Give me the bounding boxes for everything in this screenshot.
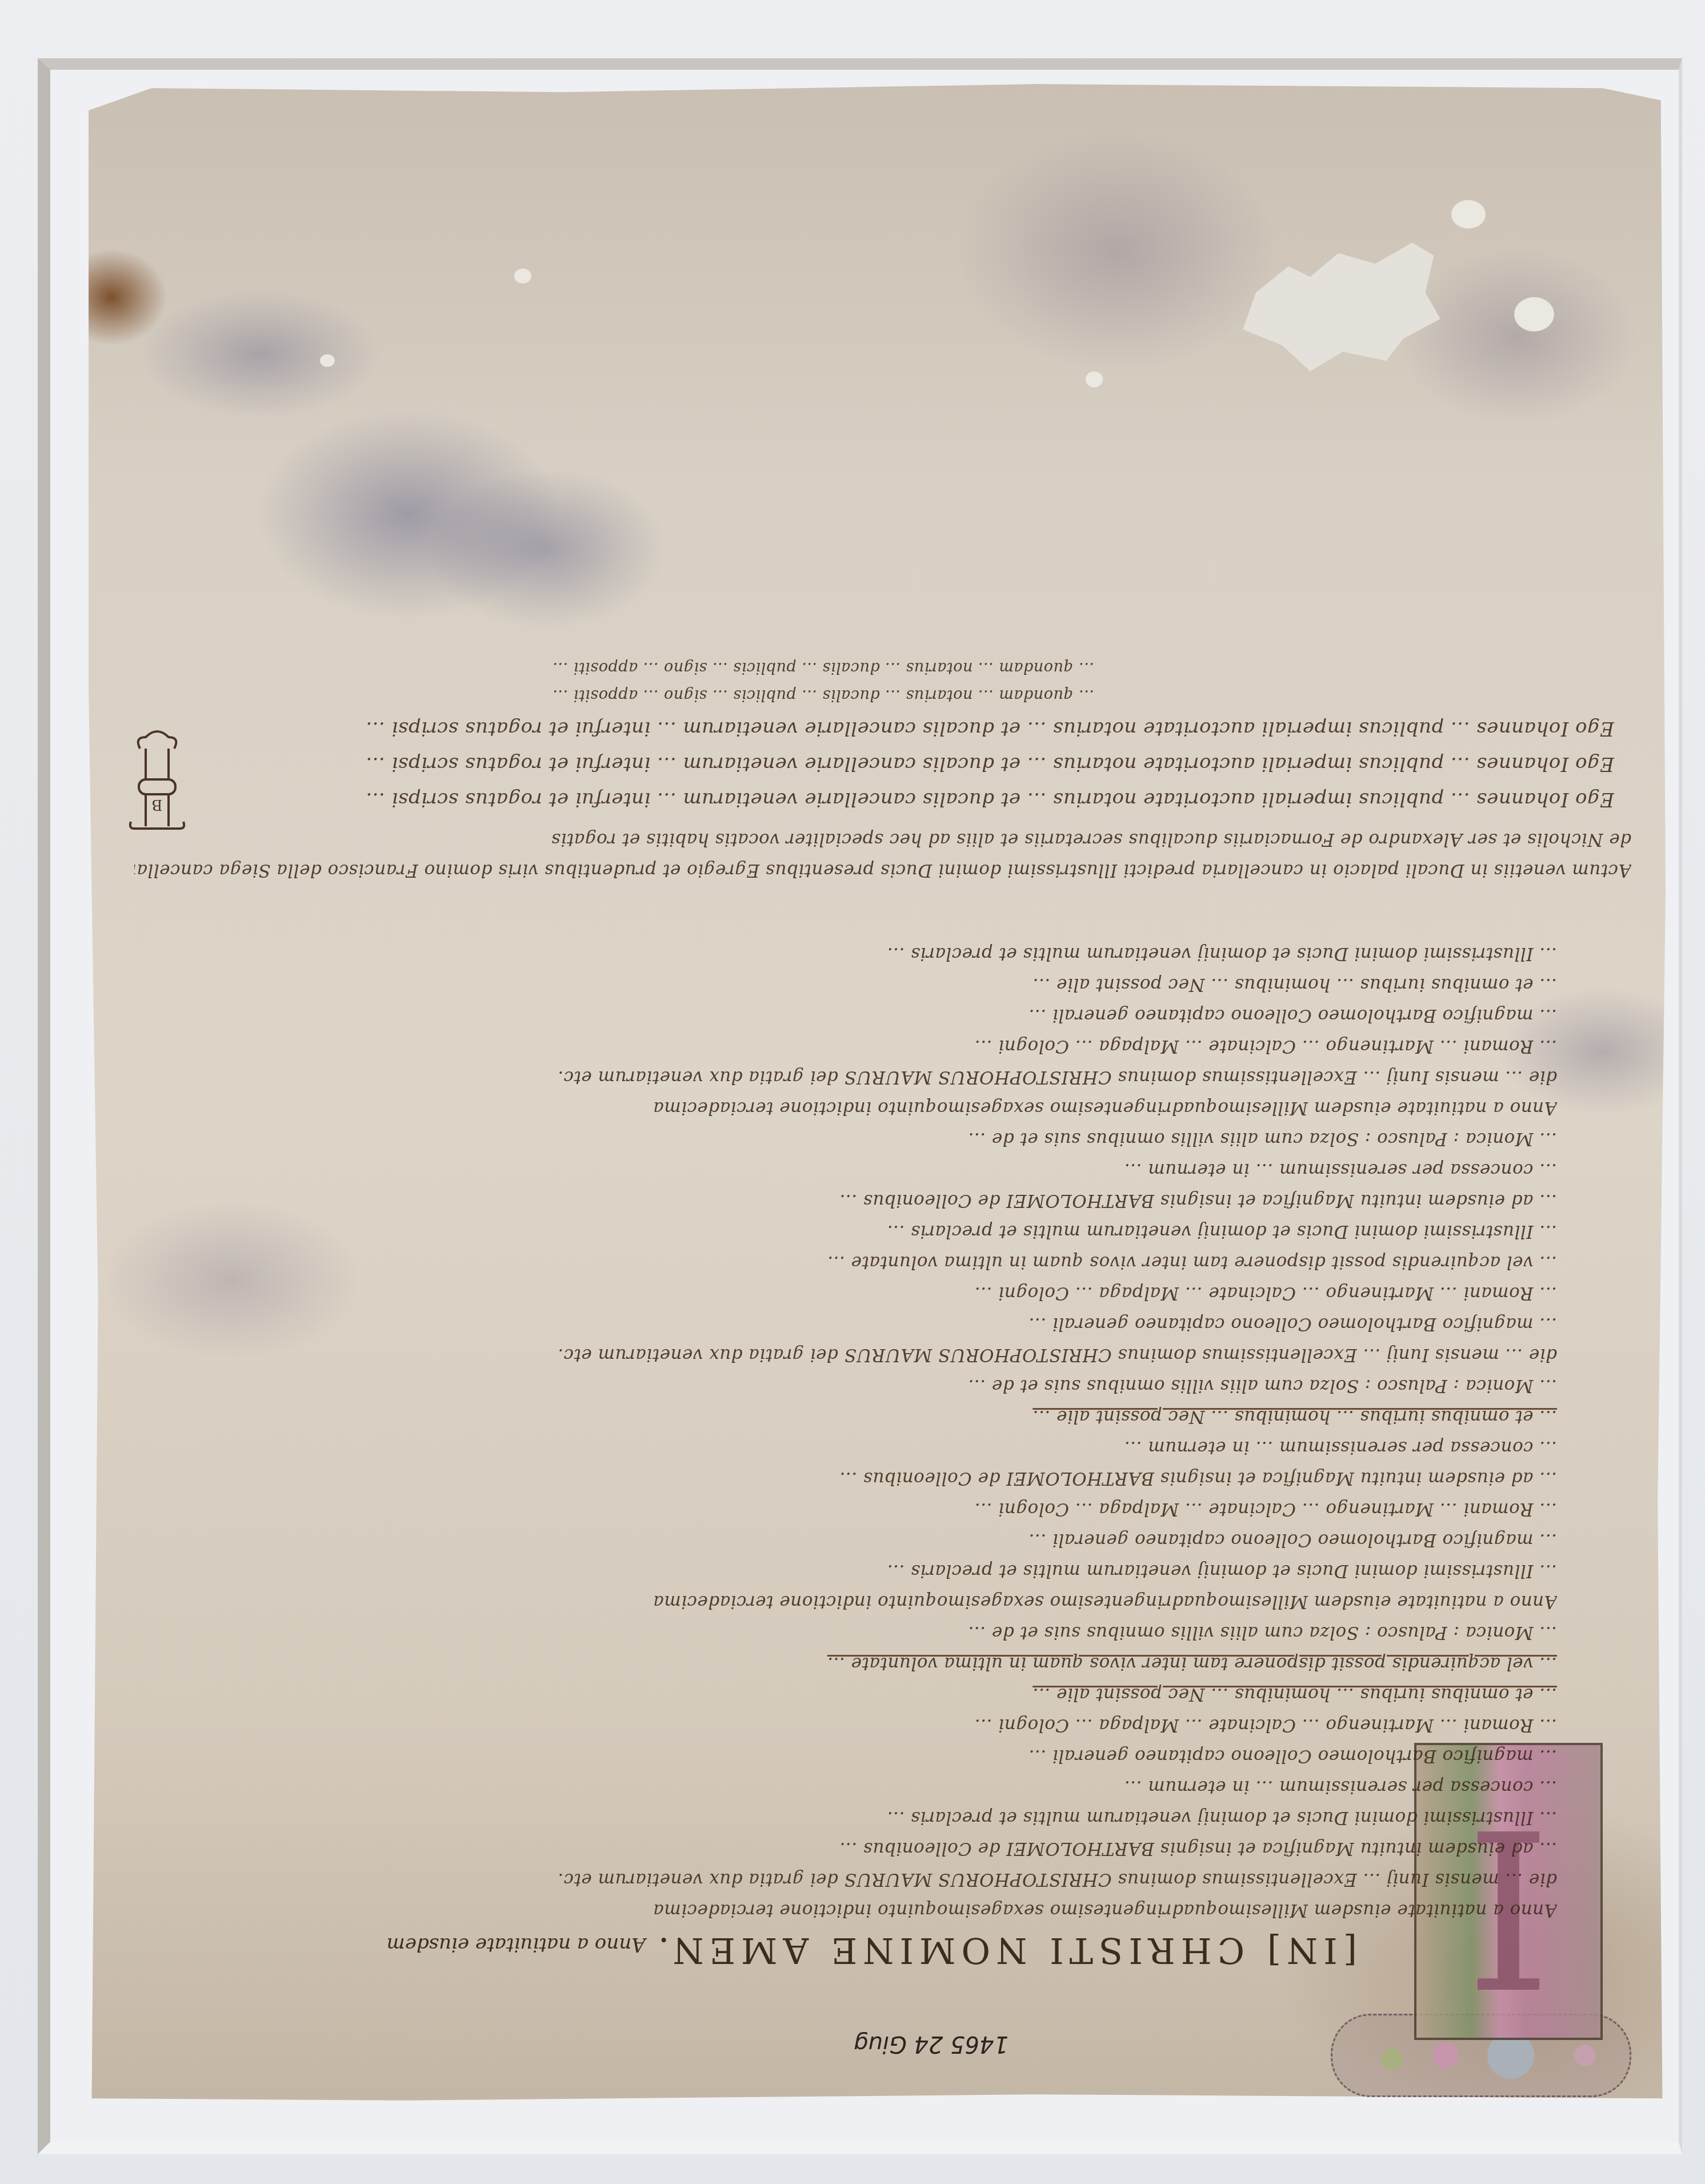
text-line: ... magnifico Bartholomeo Colleono capit… xyxy=(146,1525,1557,1555)
text-line: die ... mensis Iunij ... Excellentissimu… xyxy=(146,1062,1557,1093)
subscription-line: Ego Iohannes ... publicus imperiali auct… xyxy=(129,782,1614,817)
text-line: ... Romani ... Martinengo ... Calcinate … xyxy=(146,1494,1557,1525)
actum-line: Actum venetiis in Ducali palacio in canc… xyxy=(134,855,1631,886)
heading-continuation: Anno a natiuitate eiusdem xyxy=(387,1933,646,1956)
text-line: ... Illustrissimi domini Ducis et domini… xyxy=(146,1555,1557,1586)
text-line: die ... mensis Iunij ... Excellentissimu… xyxy=(146,1339,1557,1370)
text-line: ... concessa per serenissimum ... in ete… xyxy=(146,1771,1557,1802)
subscription-line: ... quondam ... notarius ... ducalis ...… xyxy=(123,654,1094,681)
document-body: Anno a natiuitate eiusdem Millesimoquadr… xyxy=(146,938,1557,1926)
document-content-rotated: 1465 24 Giug I [IN] CHRISTI NOMINE AMEN.… xyxy=(89,80,1666,2109)
text-line: ... vel acquirendis possit disponere tam… xyxy=(146,1247,1557,1278)
text-line: Anno a natiuitate eiusdem Millesimoquadr… xyxy=(146,1093,1557,1123)
text-line: ... Illustrissimi domini Ducis et domini… xyxy=(146,1216,1557,1247)
notary-subscription: Ego Iohannes ... publicus imperiali auct… xyxy=(129,711,1614,817)
subscription-line: Ego Iohannes ... publicus imperiali auct… xyxy=(129,746,1614,782)
text-line: ... concessa per serenissimum ... in ete… xyxy=(146,1154,1557,1185)
text-line: ... Romani ... Martinengo ... Calcinate … xyxy=(146,1710,1557,1741)
text-line-underlined: ... et omnibus iuribus ... hominibus ...… xyxy=(146,1679,1557,1710)
actum-clause: Actum venetiis in Ducali palacio in canc… xyxy=(134,824,1631,886)
second-subscription: ... quondam ... notarius ... ducalis ...… xyxy=(123,654,1094,709)
text-line: die ... mensis Iunij ... Excellentissimu… xyxy=(146,1864,1557,1895)
text-line: ... et omnibus iuribus ... hominibus ...… xyxy=(146,969,1557,1000)
text-line: ... Romani ... Martinengo ... Calcinate … xyxy=(146,1031,1557,1062)
text-line: ... Monica : Palusco : Solza cum aliis v… xyxy=(146,1123,1557,1154)
subscription-line: ... quondam ... notarius ... ducalis ...… xyxy=(123,681,1094,709)
notarial-sign-icon: B xyxy=(123,726,191,834)
text-line: ... Monica : Palusco : Solza cum aliis v… xyxy=(146,1617,1557,1648)
text-line: ... magnifico Bartholomeo Colleono capit… xyxy=(146,1741,1557,1771)
text-line: ... Illustrissimi domini Ducis et domini… xyxy=(146,1802,1557,1833)
actum-line-2: de Nicholis et ser Alexandro de Fornacia… xyxy=(134,824,1631,855)
text-line: ... magnifico Bartholomeo Colleono capit… xyxy=(146,1309,1557,1339)
text-line: ... ad eiusdem intuitu Magnifica et insi… xyxy=(146,1185,1557,1216)
text-line: ... Romani ... Martinengo ... Calcinate … xyxy=(146,1278,1557,1309)
invocation-heading: [IN] CHRISTI NOMINE AMEN.Anno a natiuita… xyxy=(387,1930,1358,1971)
svg-text:B: B xyxy=(151,796,162,813)
text-line: ... concessa per serenissimum ... in ete… xyxy=(146,1432,1557,1463)
heading-text: [IN] CHRISTI NOMINE AMEN. xyxy=(653,1930,1357,1971)
text-line-underlined: ... vel acquirendis possit disponere tam… xyxy=(146,1648,1557,1679)
subscription-line: Ego Iohannes ... publicus imperiali auct… xyxy=(129,711,1614,746)
pencil-annotation: 1465 24 Giug xyxy=(854,2031,1008,2057)
text-line: Anno a natiuitate eiusdem Millesimoquadr… xyxy=(146,1586,1557,1617)
text-line: ... ad eiusdem intuitu Magnifica et insi… xyxy=(146,1833,1557,1864)
text-line-underlined: ... et omnibus iuribus ... hominibus ...… xyxy=(146,1401,1557,1432)
text-line: Anno a natiuitate eiusdem Millesimoquadr… xyxy=(146,1895,1557,1926)
text-line: ... ad eiusdem intuitu Magnifica et insi… xyxy=(146,1463,1557,1494)
text-line: ... Monica : Palusco : Solza cum aliis v… xyxy=(146,1370,1557,1401)
text-line: ... magnifico Bartholomeo Colleono capit… xyxy=(146,1000,1557,1031)
text-line: ... Illustrissimi domini Ducis et domini… xyxy=(146,938,1557,969)
